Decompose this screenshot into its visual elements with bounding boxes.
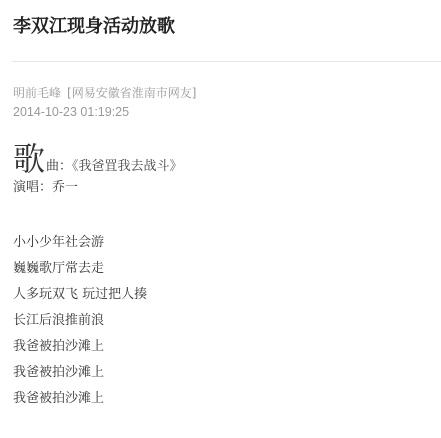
lyric-line: 我爸被拍沙滩上 [13,390,147,416]
article: 李双江现身活动放歌 明前毛峰[网易安徽省淮南市网友] 2014-10-23 01… [0,0,441,438]
post-datetime: 2014-10-23 01:19:25 [13,103,196,121]
lyric-line: 长江后浪推前浪 [13,312,147,338]
song-big-char: 歌 [13,140,45,178]
singer-label: 演唱： [13,180,52,195]
lyric-line: 我爸被拍沙滩上 [13,364,147,390]
author-name[interactable]: 明前毛峰 [13,86,61,100]
lyric-line: 人多玩双飞 玩过把人揍 [13,286,147,312]
article-meta: 明前毛峰[网易安徽省淮南市网友] 2014-10-23 01:19:25 [13,84,196,121]
lyric-line: 巍巍歌厅常去走 [13,260,147,286]
article-title: 李双江现身活动放歌 [13,16,175,38]
lyric-line: 小小少年社会游 [13,234,147,260]
author-source: [网易安徽省淮南市网友] [67,86,196,100]
title-divider [12,61,441,62]
song-header: 歌曲：《我爸罝我去战斗》 [13,140,183,178]
lyric-line: 我爸被拍沙滩上 [13,338,147,364]
lyrics-list: 小小少年社会游 巍巍歌厅常去走 人多玩双飞 玩过把人揍 长江后浪推前浪 我爸被拍… [13,234,147,416]
singer-line: 演唱：乔一 [13,179,78,197]
song-title: 《我爸罝我去战斗》 [72,159,183,174]
composer-label: 曲： [46,159,72,174]
singer-name: 乔一 [52,180,78,195]
